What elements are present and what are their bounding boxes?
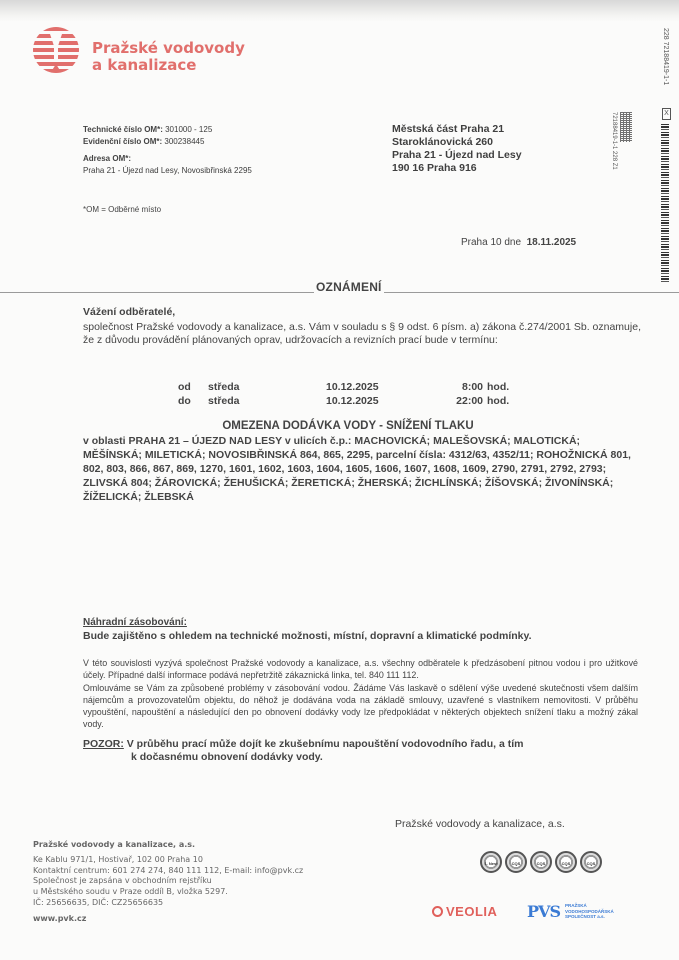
date-prefix: Praha 10 dne [461, 237, 521, 248]
intro-paragraph: společnost Pražské vodovody a kanalizace… [83, 321, 643, 347]
x-box: X [662, 108, 671, 120]
notice-title: OZNÁMENÍ [314, 280, 384, 294]
footer-company-info: Pražské vodovody a kanalizace, a.s. Ke K… [33, 840, 303, 925]
cert-badge-icon: CQS [580, 851, 602, 873]
date-value: 18.11.2025 [527, 237, 577, 248]
warning-line2: k dočasnému obnovení dodávky vody. [83, 751, 523, 764]
registry-number-value: 300238445 [164, 137, 204, 146]
recipient-line3: Praha 21 - Újezd nad Lesy [392, 149, 522, 162]
address-value: Praha 21 - Újezd nad Lesy, Novosibřinská… [83, 165, 252, 177]
scan-top-shadow [0, 0, 679, 22]
pvs-name: PRAŽSKÁ VODOHOSPODÁŘSKÁ SPOLEČNOST a.s. [565, 903, 614, 920]
schedule-day: středa [208, 380, 240, 394]
warning-block: POZOR: V průběhu prací může dojít ke zku… [83, 738, 523, 764]
pvs-logo: PVS PRAŽSKÁ VODOHOSPODÁŘSKÁ SPOLEČNOST a… [527, 902, 614, 921]
schedule-prep: do [178, 394, 191, 408]
info-paragraph-2: Omlouváme se Vám za způsobené problémy v… [83, 682, 638, 731]
cert-badge-icon: 1. Nest [480, 851, 502, 873]
footer-address: Ke Kablu 971/1, Hostivař, 102 00 Praha 1… [33, 855, 303, 866]
info-paragraph-1: V této souvislosti vyzývá společnost Pra… [83, 657, 638, 682]
pvk-logo-icon [32, 26, 80, 74]
pvs-name-line3: SPOLEČNOST a.s. [565, 914, 614, 920]
brand-name-line1: Pražské vodovody [92, 40, 245, 57]
address-label: Adresa OM*: [83, 154, 131, 163]
outage-headline: OMEZENA DODÁVKA VODY - SNÍŽENÍ TLAKU [83, 420, 613, 432]
recipient-line4: 190 16 Praha 916 [392, 162, 522, 175]
technical-number-label: Technické číslo OM*: [83, 125, 163, 134]
barcode-icon [661, 124, 669, 284]
technical-number-value: 301000 - 125 [165, 125, 212, 134]
date-line: Praha 10 dne 18.11.2025 [461, 237, 576, 248]
cert-badge-icon: CQS [505, 851, 527, 873]
brand-name: Pražské vodovody a kanalizace [92, 40, 245, 74]
warning-line1: V průběhu prací může dojít ke zkušebnímu… [127, 738, 524, 750]
alternative-supply-title: Náhradní zásobování: [83, 617, 187, 628]
schedule-row-to: do středa 10.12.2025 22:00 hod. [178, 394, 518, 408]
schedule-time: 8:00 [438, 380, 483, 394]
schedule-time: 22:00 [438, 394, 483, 408]
brand-name-line2: a kanalizace [92, 57, 245, 74]
veolia-text: VEOLIA [446, 904, 497, 919]
schedule-date: 10.12.2025 [326, 380, 379, 394]
registry-number-label: Evidenční číslo OM*: [83, 137, 162, 146]
schedule-day: středa [208, 394, 240, 408]
footer-company-name: Pražské vodovody a kanalizace, a.s. [33, 840, 303, 851]
recipient-line1: Městská část Praha 21 [392, 123, 522, 136]
side-code-top: 228 72188419-1-1 [662, 28, 669, 85]
alternative-supply-body: Bude zajištěno s ohledem na technické mo… [83, 630, 532, 642]
footer-contact: Kontaktní centrum: 601 274 274, 840 111 … [33, 866, 303, 877]
recipient-address: Městská část Praha 21 Staroklánovická 26… [392, 123, 522, 175]
outage-schedule: od středa 10.12.2025 8:00 hod. do středa… [178, 380, 518, 408]
recipient-line2: Staroklánovická 260 [392, 136, 522, 149]
schedule-unit: hod. [487, 394, 509, 408]
datamatrix-icon [620, 112, 632, 142]
schedule-prep: od [178, 380, 191, 394]
om-footnote: *OM = Odběrné místo [83, 205, 161, 214]
info-paragraphs: V této souvislosti vyzývá společnost Pra… [83, 657, 638, 731]
footer-register-1: Společnost je zapsána v obchodním rejstř… [33, 876, 303, 887]
cert-badge-icon: CQS [530, 851, 552, 873]
greeting: Vážení odběratelé, [83, 306, 175, 318]
schedule-row-from: od středa 10.12.2025 8:00 hod. [178, 380, 518, 394]
pvs-mark: PVS [527, 902, 560, 921]
veolia-mark-icon [432, 906, 443, 917]
consumption-point-info: Technické číslo OM*: 301000 - 125 Eviden… [83, 124, 252, 177]
signature: Pražské vodovody a kanalizace, a.s. [395, 818, 565, 830]
veolia-logo: VEOLIA [432, 904, 497, 919]
footer-website: www.pvk.cz [33, 914, 303, 925]
cert-badge-icon: CQS [555, 851, 577, 873]
side-code-matrix: 72188419-1-1 228 Z1 [611, 112, 617, 170]
footer-ids: IČ: 25656635, DIČ: CZ25656635 [33, 898, 303, 909]
certification-badges: 1. Nest CQS CQS CQS CQS [480, 851, 602, 873]
schedule-date: 10.12.2025 [326, 394, 379, 408]
schedule-unit: hod. [487, 380, 509, 394]
affected-streets: v oblasti PRAHA 21 – ÚJEZD NAD LESY v ul… [83, 434, 638, 504]
footer-register-2: u Městského soudu v Praze oddíl B, vložk… [33, 887, 303, 898]
warning-label: POZOR: [83, 738, 124, 750]
